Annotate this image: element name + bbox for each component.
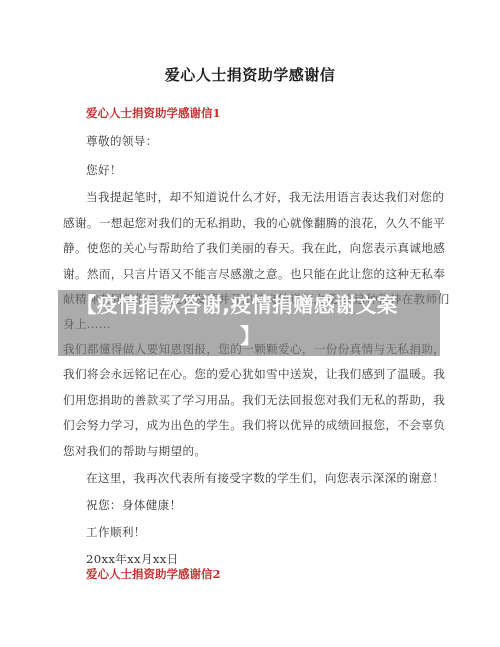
document-title: 爱心人士捐资助学感谢信 [0, 64, 500, 85]
body-line-9: 们用您捐助的善款买了学习用品。我们无法回报您对我们无私的帮助，我 [63, 392, 445, 408]
letter-date: 20xx年xx月xx日 [86, 551, 179, 567]
section-heading-2: 爱心人士捐资助学感谢信2 [86, 566, 221, 582]
body-line-3: 静。使您的关心与帮助给了我们美丽的春天。我在此，向您表示真诚地感 [63, 240, 445, 256]
body-line-10: 们会努力学习，成为出色的学生。我们将以优异的成绩回报您，不会辜负 [63, 417, 445, 433]
title-banner: 【疫情捐款答谢,疫情捐赠感谢文案 】 [58, 290, 440, 352]
closing-line: 在这里，我再次代表所有接受字数的学生们，向您表示深深的谢意！ [86, 470, 444, 486]
body-line-4: 谢。然而，只言片语又不能言尽感激之意。也只能在此让您的这种无私奉 [63, 266, 445, 282]
body-line-8: 我们将会永远铭记在心。您的爱心犹如雪中送炭，让我们感到了温暖。我 [63, 366, 445, 382]
body-line-11: 您对我们的帮助与期望的。 [63, 443, 206, 459]
section-heading-1: 爱心人士捐资助学感谢信1 [86, 105, 221, 121]
wish-health: 祝您：身体健康！ [86, 497, 182, 513]
greeting: 您好！ [86, 162, 122, 178]
banner-line-2: 】 [76, 321, 440, 352]
wish-work: 工作顺利！ [86, 524, 146, 540]
body-line-2: 感谢。一想起您对我们的无私捐助，我的心就像翻腾的浪花，久久不能平 [63, 215, 445, 231]
body-line-1: 当我提起笔时，却不知道说什么才好，我无法用语言表达我们对您的 [86, 189, 444, 205]
salutation: 尊敬的领导： [86, 133, 158, 149]
banner-line-1: 【疫情捐款答谢,疫情捐赠感谢文案 [76, 293, 398, 317]
